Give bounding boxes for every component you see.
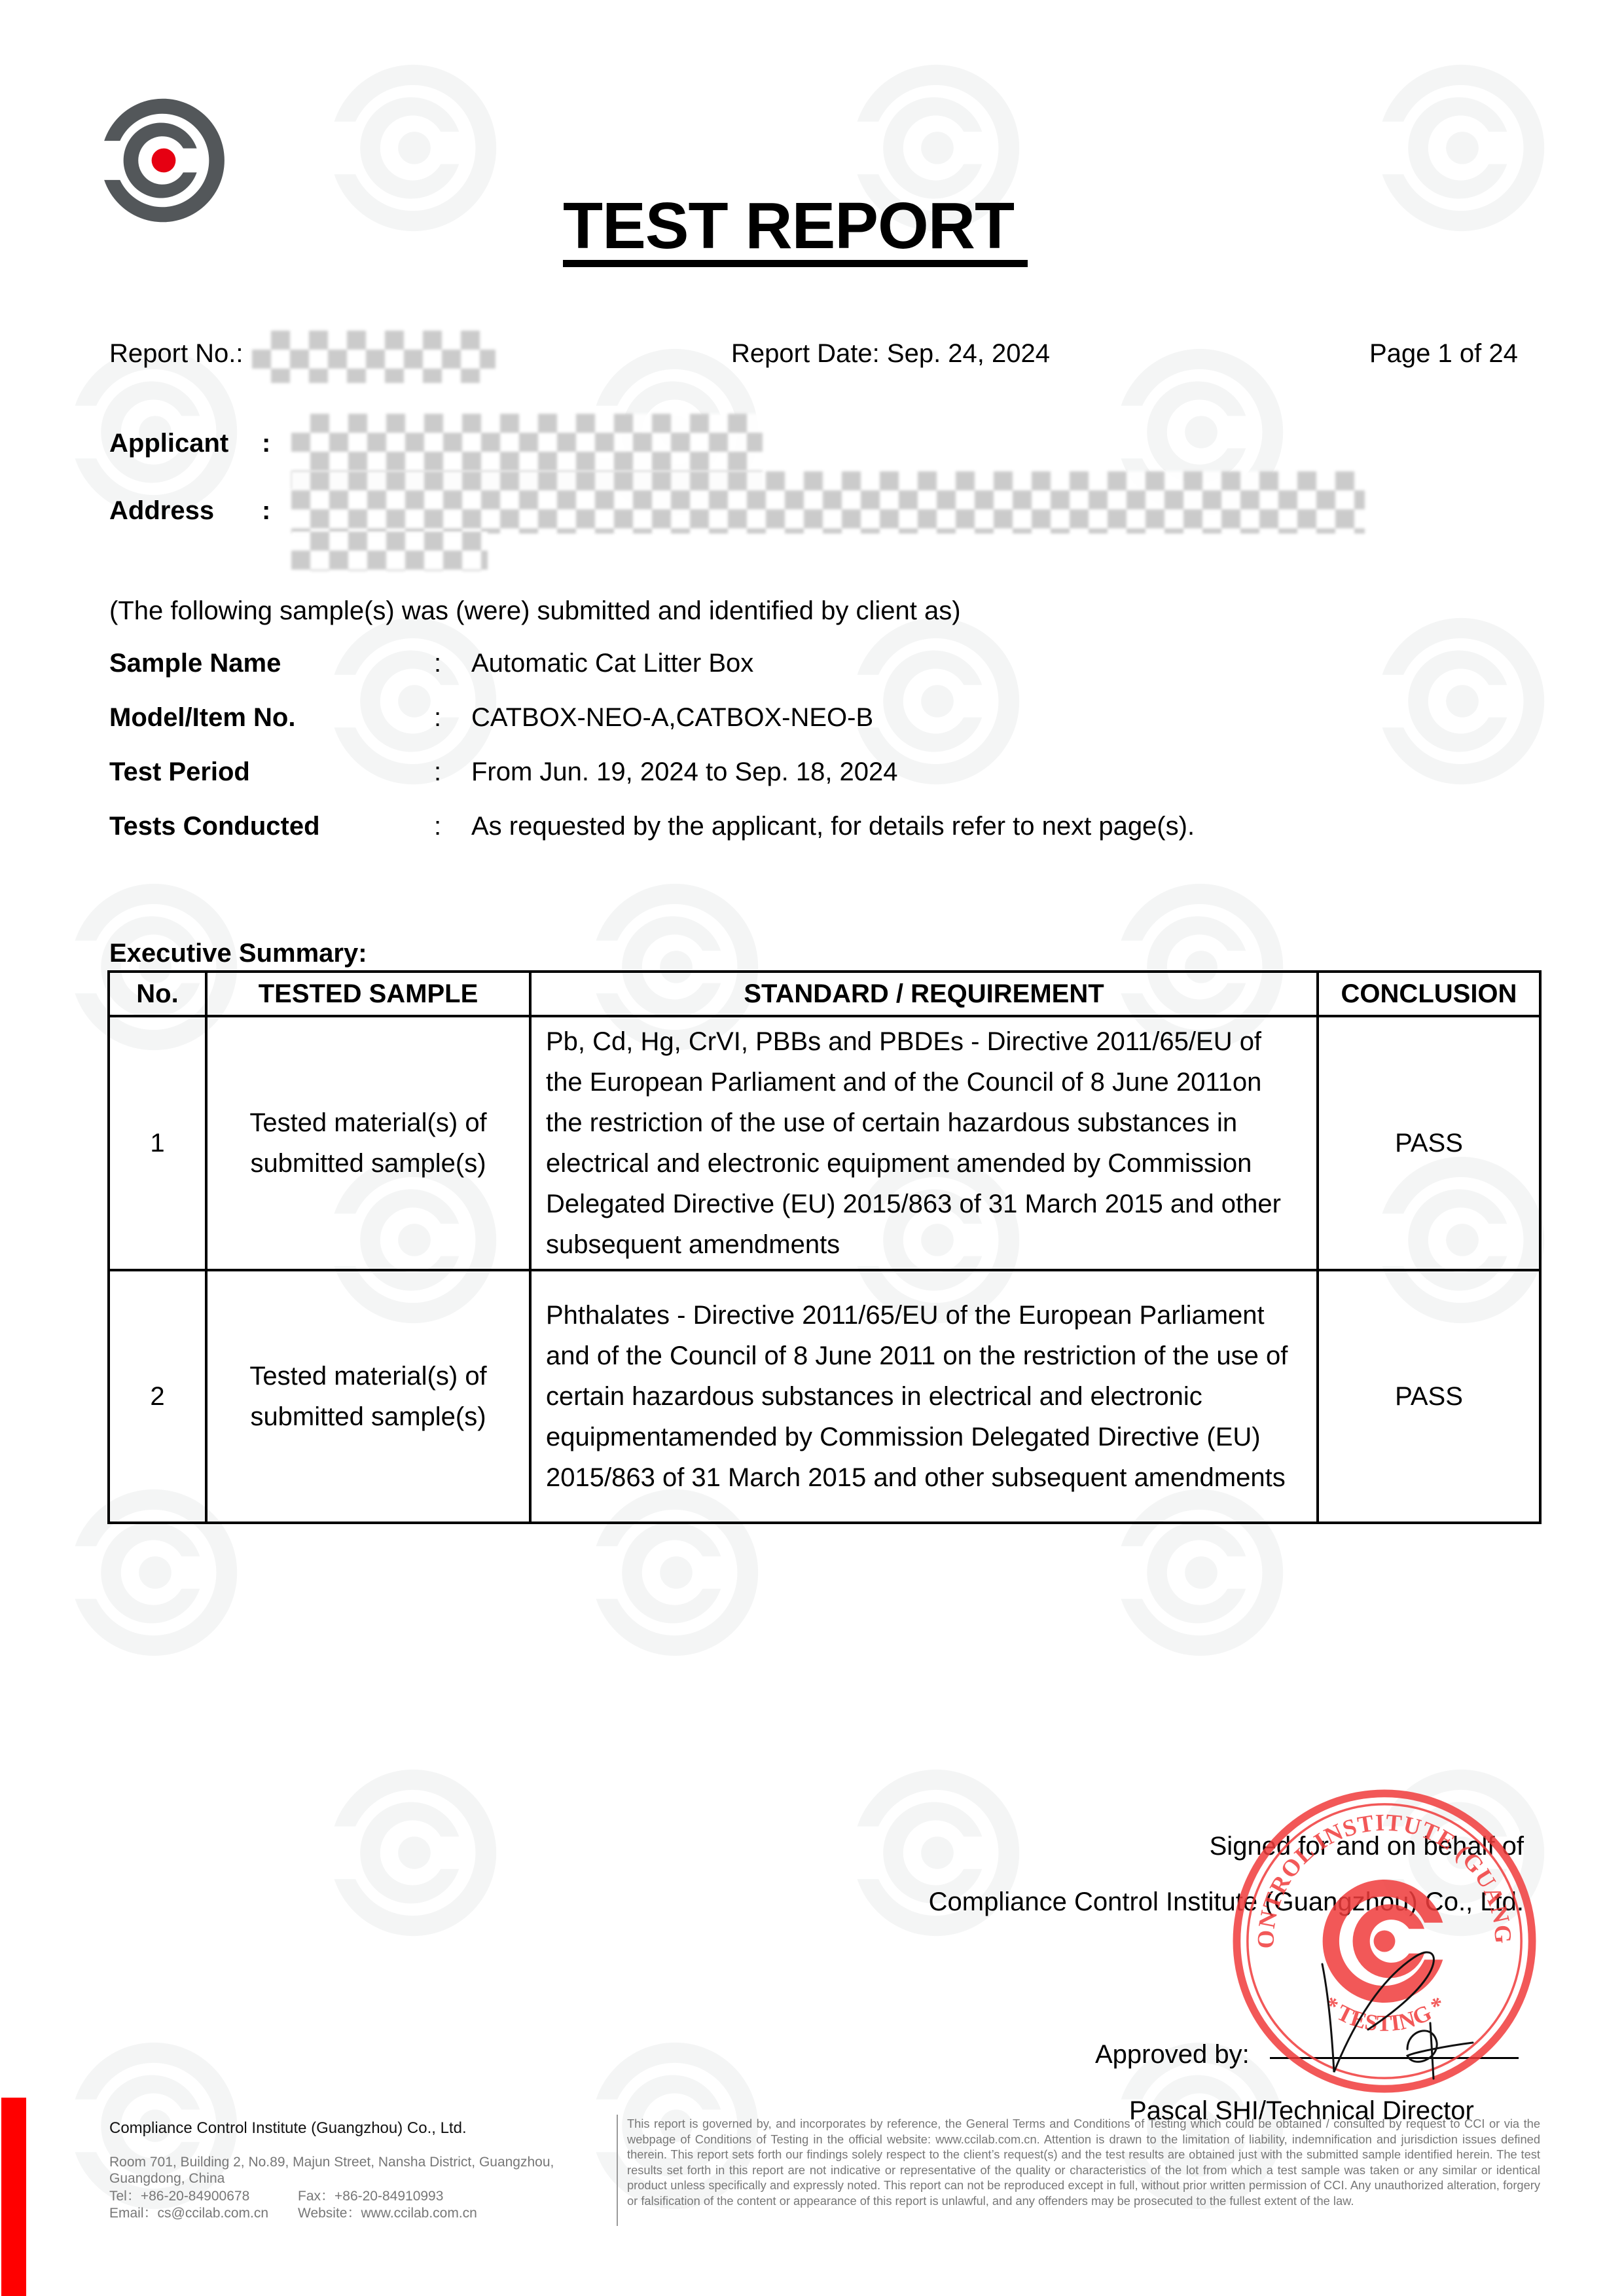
executive-summary-table: No. TESTED SAMPLE STANDARD / REQUIREMENT… — [107, 970, 1542, 1524]
title-underline — [563, 260, 1028, 267]
applicant-label: Applicant — [109, 430, 228, 456]
field-colon: : — [434, 650, 441, 676]
address-redacted-line2 — [291, 532, 488, 571]
watermark-logo-icon — [836, 1751, 1039, 1954]
table-header-row: No. TESTED SAMPLE STANDARD / REQUIREMENT… — [109, 972, 1540, 1016]
field-colon: : — [434, 759, 441, 785]
cell-requirement: Phthalates - Directive 2011/65/EU of the… — [530, 1270, 1318, 1523]
page-indicator: Page 1 of 24 — [1369, 340, 1518, 367]
column-header-no: No. — [109, 972, 206, 1016]
footer-address-line1: Room 701, Building 2, No.89, Majun Stree… — [109, 2155, 554, 2169]
cell-tested-sample: Tested material(s) of submitted sample(s… — [206, 1270, 530, 1523]
watermark-logo-icon — [313, 1751, 516, 1954]
column-header-tested-sample: TESTED SAMPLE — [206, 972, 530, 1016]
cell-no: 1 — [109, 1016, 206, 1270]
field-label: Test Period — [109, 759, 250, 785]
field-value-test-period: From Jun. 19, 2024 to Sep. 18, 2024 — [471, 759, 898, 785]
handwritten-signature — [1309, 1938, 1486, 2082]
footer-fax: Fax：+86-20-84910993 — [298, 2189, 443, 2203]
executive-summary-heading: Executive Summary: — [109, 940, 367, 966]
footer-email[interactable]: Email：cs@ccilab.com.cn — [109, 2206, 268, 2220]
page-title: TEST REPORT — [563, 193, 1014, 259]
cell-requirement: Pb, Cd, Hg, CrVI, PBBs and PBDEs - Direc… — [530, 1016, 1318, 1270]
approved-by-label: Approved by: — [1095, 2041, 1250, 2068]
footer-accent-bar — [1, 2098, 26, 2296]
cell-conclusion: PASS — [1318, 1270, 1540, 1523]
footer-divider — [617, 2115, 618, 2226]
column-header-standard: STANDARD / REQUIREMENT — [530, 972, 1318, 1016]
footer-address-line2: Guangdong, China — [109, 2172, 225, 2185]
cell-tested-sample: Tested material(s) of submitted sample(s… — [206, 1016, 530, 1270]
field-value-sample-name: Automatic Cat Litter Box — [471, 650, 753, 676]
intro-text: (The following sample(s) was (were) subm… — [109, 598, 961, 624]
footer-company: Compliance Control Institute (Guangzhou)… — [109, 2119, 467, 2138]
cell-no: 2 — [109, 1270, 206, 1523]
watermark-logo-icon — [1361, 46, 1564, 249]
field-label: Sample Name — [109, 650, 281, 676]
field-colon: : — [434, 813, 441, 839]
field-colon: : — [434, 704, 441, 731]
watermark-logo-icon — [313, 46, 516, 249]
report-no-redacted — [252, 331, 496, 383]
cci-logo-icon — [88, 85, 239, 236]
report-no-label: Report No.: — [109, 340, 244, 367]
address-redacted — [291, 471, 1365, 534]
footer-website[interactable]: Website：www.ccilab.com.cn — [298, 2206, 477, 2220]
table-row: 1 Tested material(s) of submitted sample… — [109, 1016, 1540, 1270]
column-header-conclusion: CONCLUSION — [1318, 972, 1540, 1016]
watermark-logo-icon — [1361, 600, 1564, 803]
table-row: 2 Tested material(s) of submitted sample… — [109, 1270, 1540, 1523]
report-date: Report Date: Sep. 24, 2024 — [731, 340, 1050, 367]
footer-tel: Tel：+86-20-84900678 — [109, 2189, 249, 2203]
field-label: Model/Item No. — [109, 704, 295, 731]
field-value-model: CATBOX-NEO-A,CATBOX-NEO-B — [471, 704, 873, 731]
address-label: Address — [109, 498, 214, 524]
field-value-tests-conducted: As requested by the applicant, for detai… — [471, 813, 1195, 839]
cell-conclusion: PASS — [1318, 1016, 1540, 1270]
footer-disclaimer: This report is governed by, and incorpor… — [627, 2116, 1540, 2208]
applicant-colon: : — [262, 430, 270, 456]
field-label: Tests Conducted — [109, 813, 320, 839]
address-colon: : — [262, 498, 270, 524]
